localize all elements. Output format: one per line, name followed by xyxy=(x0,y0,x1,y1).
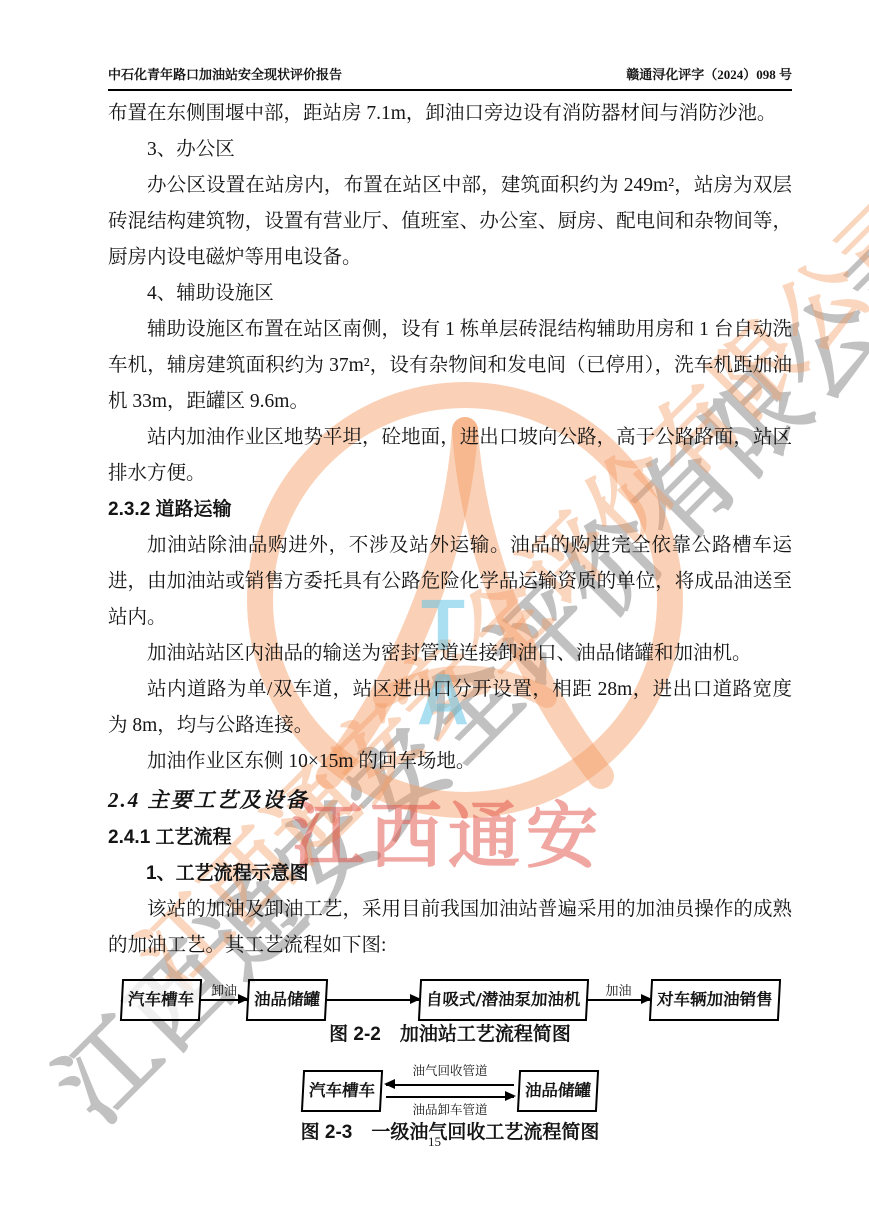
arrow-right-icon xyxy=(327,999,419,1001)
flow-box-tanker: 汽车槽车 xyxy=(120,979,202,1021)
header-doc-number: 赣通浔化评字（2024）098 号 xyxy=(626,64,792,83)
arrow-label-vapor-pipe: 油气回收管道 xyxy=(386,1064,514,1079)
flow-box-storage-tank: 油品储罐 xyxy=(517,1070,599,1112)
document-body: 布置在东侧围堰中部，距站房 7.1m，卸油口旁边设有消防器材间与消防沙池。 3、… xyxy=(108,96,792,1148)
subheading-aux: 4、辅助设施区 xyxy=(108,276,792,312)
vapor-recovery-arrows: 油气回收管道 油品卸车管道 xyxy=(386,1064,514,1118)
paragraph-aux: 辅助设施区布置在站区南侧，设有 1 栋单层砖混结构辅助用房和 1 台自动洗车机，… xyxy=(108,312,792,420)
arrow-right-icon: 加油 xyxy=(588,999,650,1001)
arrow-label-unload-pipe: 油品卸车管道 xyxy=(386,1103,514,1118)
flow-diagram-vapor-recovery: 汽车槽车 油气回收管道 油品卸车管道 油品储罐 xyxy=(108,1064,792,1118)
arrow-right-icon: 卸油 xyxy=(201,999,247,1001)
paragraph-road-4: 加油作业区东侧 10×15m 的回车场地。 xyxy=(108,744,792,780)
arrow-label-refuel: 加油 xyxy=(606,983,632,998)
arrow-left-icon xyxy=(386,1084,514,1086)
document-page: 江西通安安全评价有限公司 江西通安安全评价有限公司 TA 江西通安 中石化青年路… xyxy=(0,0,869,1228)
arrow-right-icon xyxy=(386,1096,514,1098)
arrow-label-unload: 卸油 xyxy=(211,983,237,998)
paragraph-road-2: 加油站站区内油品的输送为密封管道连接卸油口、油品储罐和加油机。 xyxy=(108,636,792,672)
flow-box-storage-tank: 油品储罐 xyxy=(246,979,328,1021)
page-number: 15 xyxy=(428,1134,441,1149)
flow-box-dispenser: 自吸式/潜油泵加油机 xyxy=(418,979,589,1021)
subheading-office: 3、办公区 xyxy=(108,132,792,168)
heading-flow-diagram: 1、工艺流程示意图 xyxy=(108,856,792,892)
heading-2-4: 2.4 主要工艺及设备 xyxy=(108,780,792,820)
paragraph-terrain: 站内加油作业区地势平坦，砼地面，进出口坡向公路，高于公路路面，站区排水方便。 xyxy=(108,420,792,492)
figure-caption-2-2: 图 2-2 加油站工艺流程简图 xyxy=(108,1020,792,1050)
page-header: 中石化青年路口加油站安全现状评价报告 赣通浔化评字（2024）098 号 xyxy=(108,64,792,91)
header-report-title: 中石化青年路口加油站安全现状评价报告 xyxy=(108,64,342,83)
flow-box-vehicle-sales: 对车辆加油销售 xyxy=(648,979,780,1021)
paragraph-road-3: 站内道路为单/双车道，站区进出口分开设置，相距 28m，进出口道路宽度为 8m，… xyxy=(108,672,792,744)
page-footer: 15 xyxy=(0,1134,869,1150)
flow-box-tanker: 汽车槽车 xyxy=(301,1070,383,1112)
paragraph-road-1: 加油站除油品购进外，不涉及站外运输。油品的购进完全依靠公路槽车运进，由加油站或销… xyxy=(108,528,792,636)
heading-2-4-1: 2.4.1 工艺流程 xyxy=(108,820,792,856)
paragraph-process: 该站的加油及卸油工艺，采用目前我国加油站普遍采用的加油员操作的成熟的加油工艺。其… xyxy=(108,892,792,964)
heading-2-3-2: 2.3.2 道路运输 xyxy=(108,492,792,528)
paragraph-office: 办公区设置在站房内，布置在站区中部，建筑面积约为 249m²，站房为双层砖混结构… xyxy=(108,168,792,276)
paragraph-continued: 布置在东侧围堰中部，距站房 7.1m，卸油口旁边设有消防器材间与消防沙池。 xyxy=(108,96,792,132)
flow-diagram-refueling: 汽车槽车 卸油 油品储罐 自吸式/潜油泵加油机 加油 对车辆加油销售 xyxy=(108,980,792,1020)
